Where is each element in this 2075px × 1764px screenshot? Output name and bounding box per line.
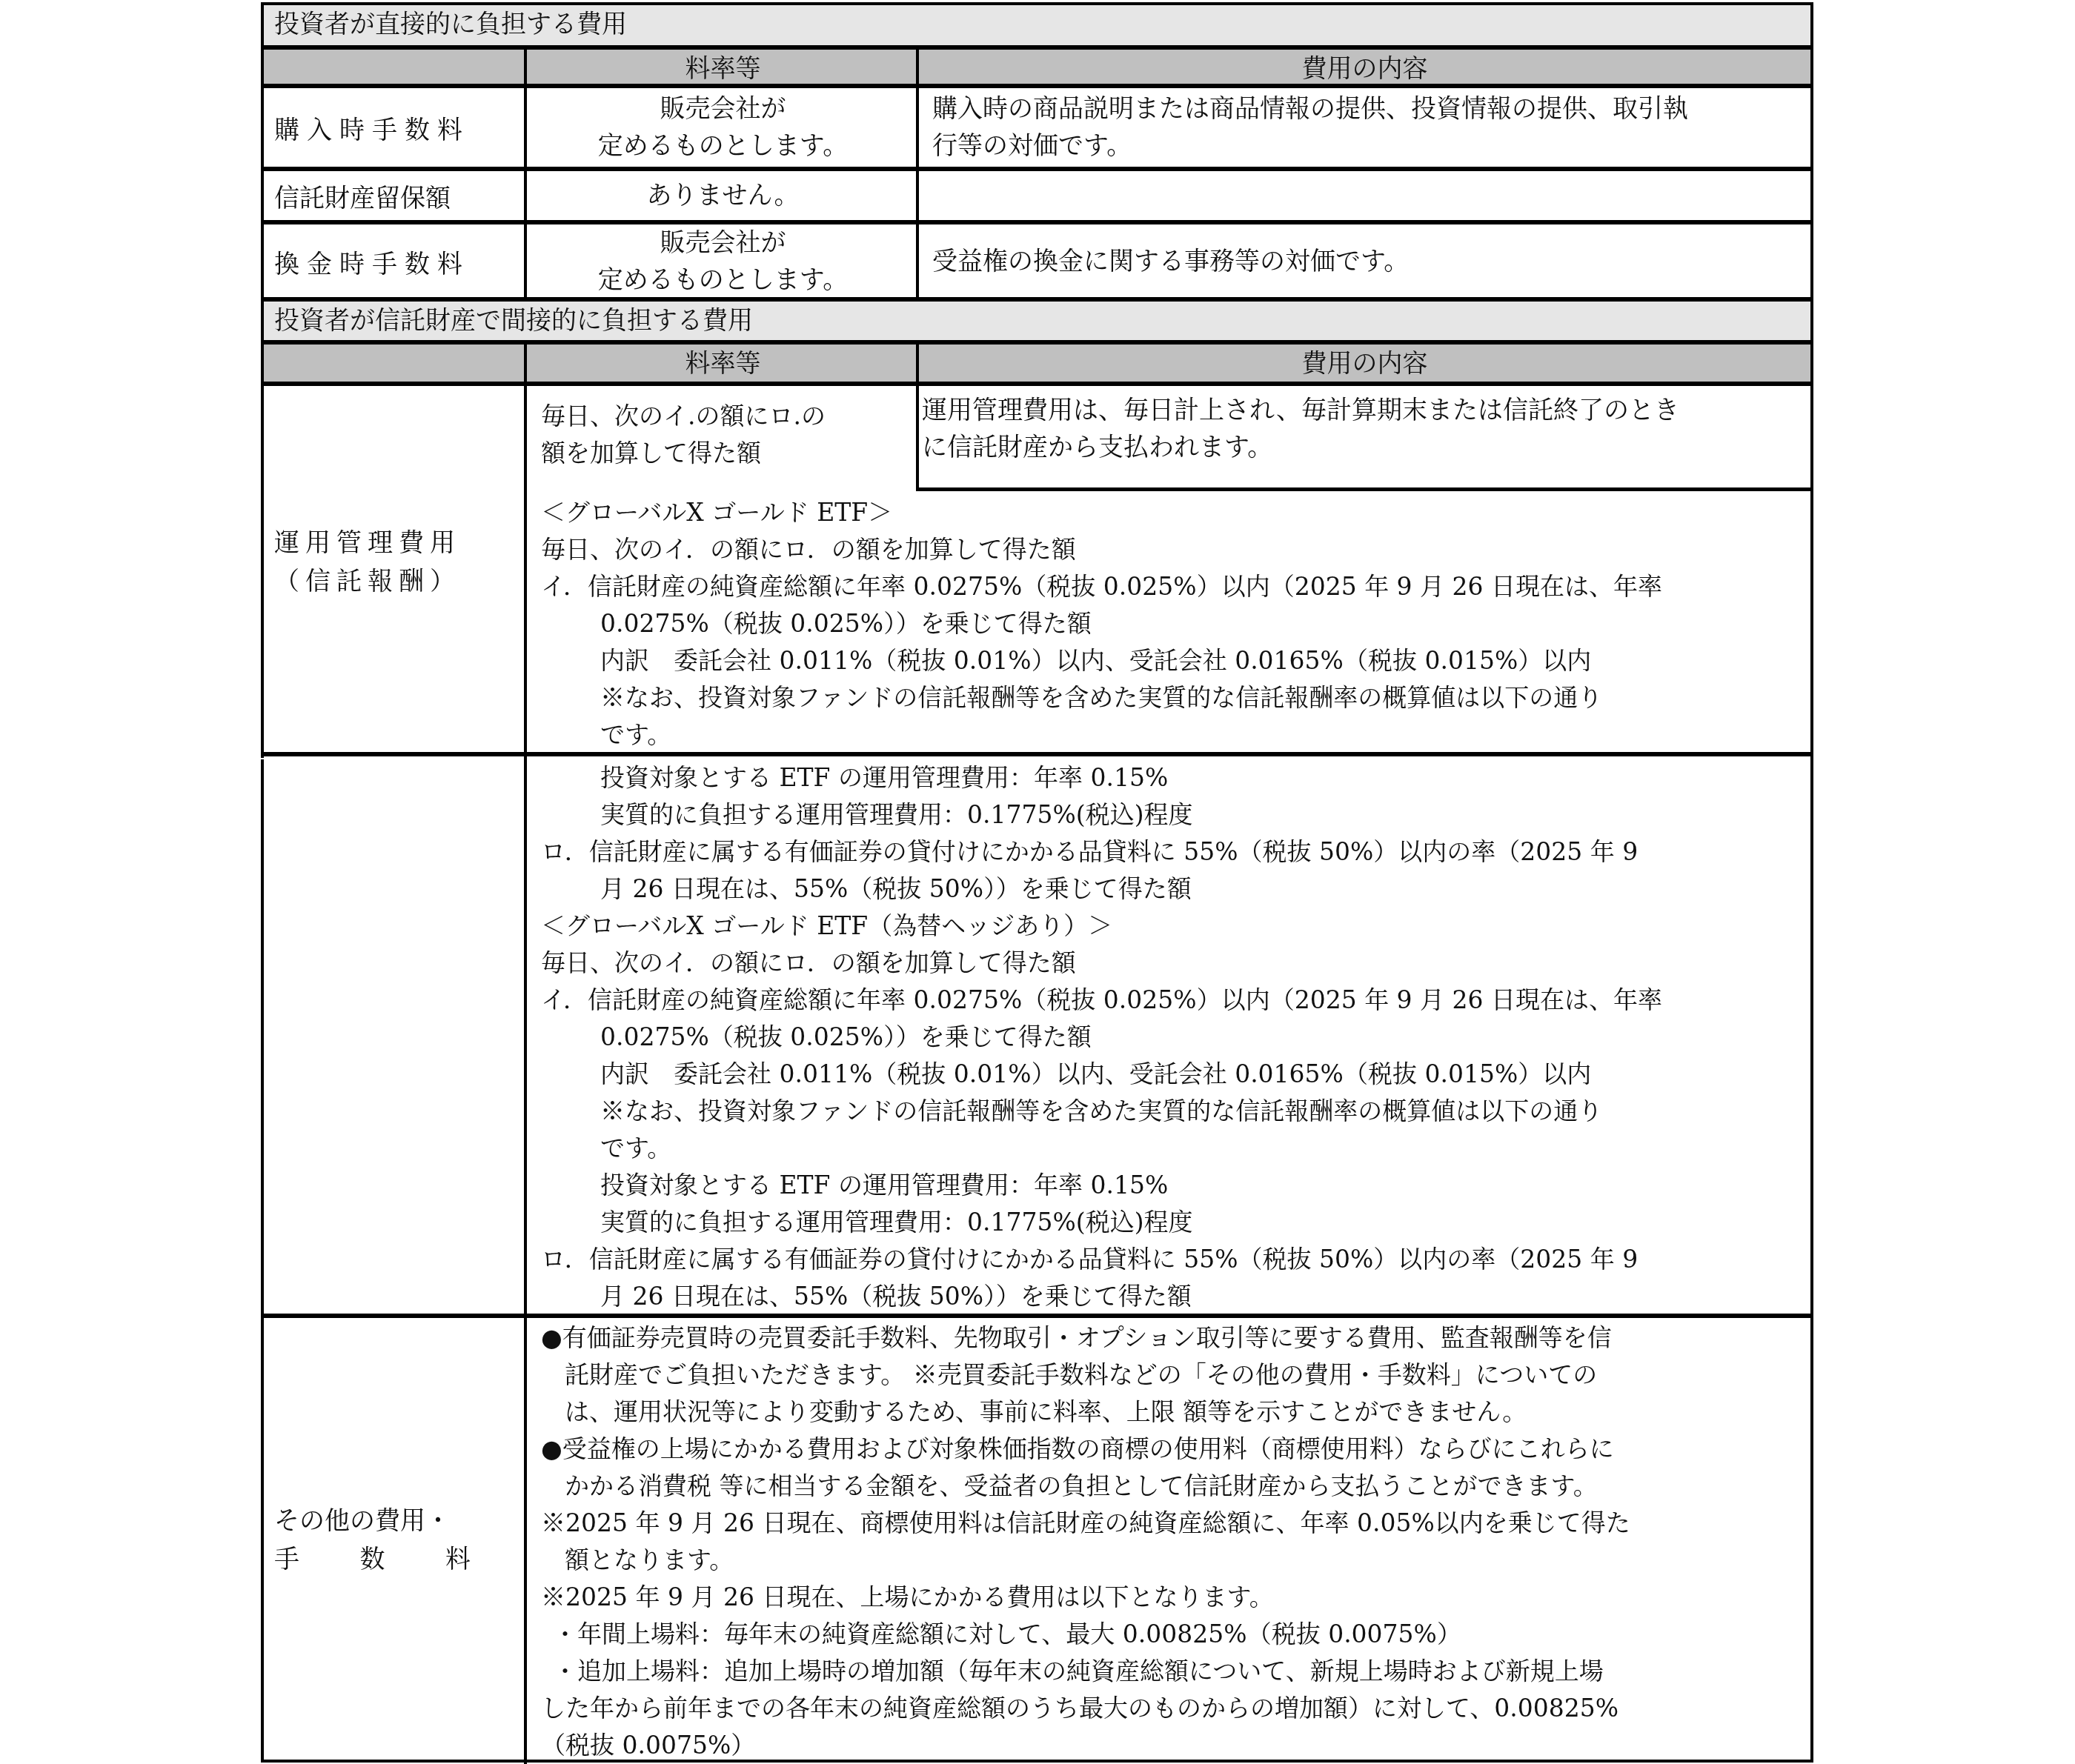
detail-line: ＜グローバルX ゴールド ETF＞ — [541, 494, 1801, 531]
other-fee-line: ・追加上場料：追加上場時の増加額（毎年末の純資産総額について、新規上場時および新… — [541, 1653, 1801, 1690]
management-fee-details-part1: ＜グローバルX ゴールド ETF＞ 毎日、次のイ．の額にロ．の額を加算して得た額… — [541, 494, 1801, 753]
other-fees-content: ●有価証券売買時の売買委託手数料、先物取引・オプション取引等に要する費用、監査報… — [541, 1319, 1801, 1764]
divider — [264, 1314, 1810, 1318]
column-divider — [524, 342, 527, 753]
management-fee-rate-line1: 毎日、次のイ.の額にロ.の — [541, 398, 912, 435]
other-fees-label-char: 手 — [274, 1540, 299, 1579]
detail-line: ※なお、投資対象ファンドの信託報酬等を含めた実質的な信託報酬率の概算値は以下の通… — [541, 679, 1801, 716]
other-fees-label-char: 数 — [360, 1540, 385, 1579]
other-fee-line: （税抜 0.0075%） — [541, 1727, 1801, 1764]
column-divider — [524, 756, 527, 1764]
column-header-content: 費用の内容 — [919, 50, 1810, 87]
other-fee-line: ・年間上場料：毎年末の純資産総額に対して、最大 0.00825%（税抜 0.00… — [541, 1616, 1801, 1653]
other-fee-line: ●有価証券売買時の売買委託手数料、先物取引・オプション取引等に要する費用、監査報… — [541, 1319, 1801, 1357]
row-label-purchase-fee: 購入時手数料 — [264, 88, 525, 167]
purchase-fee-content-line2: 行等の対価です。 — [932, 127, 1688, 164]
management-fee-label-line1: 運用管理費用 — [274, 524, 519, 562]
management-fee-rate-summary: 毎日、次のイ.の額にロ.の 額を加算して得た額 — [541, 398, 912, 472]
management-fee-content-line1: 運用管理費用は、毎日計上され、毎計算期末または信託終了のとき — [922, 392, 1810, 429]
column-header-rate: 料率等 — [527, 50, 919, 87]
section-header-direct-costs: 投資者が直接的に負担する費用 — [264, 5, 1810, 45]
detail-line: イ．信託財産の純資産総額に年率 0.0275%（税抜 0.025%）以内（202… — [541, 982, 1801, 1019]
management-fee-label-line2: （信託報酬） — [274, 562, 519, 601]
purchase-fee-content: 購入時の商品説明または商品情報の提供、投資情報の提供、取引執 行等の対価です。 — [919, 88, 1810, 167]
detail-line: です。 — [541, 1130, 1801, 1167]
detail-line: 0.0275%（税抜 0.025%））を乗じて得た額 — [541, 1019, 1801, 1056]
redemption-fee-rate-line1: 販売会社が — [527, 224, 919, 262]
trust-reserve-rate: ありません。 — [527, 171, 919, 220]
row-label-redemption-fee: 換金時手数料 — [264, 224, 525, 299]
column-header-rate-2: 料率等 — [527, 345, 919, 382]
column-divider — [524, 47, 527, 299]
purchase-fee-rate-line1: 販売会社が — [527, 90, 919, 127]
other-fee-line: は、運用状況等により変動するため、事前に料率、上限 額等を示すことができません。 — [541, 1394, 1801, 1431]
other-fees-label-line1: その他の費用・ — [274, 1502, 519, 1540]
other-fee-line: 託財産でご負担いただきます。 ※売買委託手数料などの「その他の費用・手数料」につ… — [541, 1357, 1801, 1394]
management-fee-rate-line2: 額を加算して得た額 — [541, 435, 912, 472]
detail-line: 月 26 日現在は、55%（税抜 50%））を乗じて得た額 — [541, 871, 1801, 908]
other-fees-label-char: 料 — [445, 1540, 471, 1579]
detail-line: です。 — [541, 716, 1801, 753]
redemption-fee-content: 受益権の換金に関する事務等の対価です。 — [919, 224, 1810, 299]
detail-line: 0.0275%（税抜 0.025%））を乗じて得た額 — [541, 605, 1801, 642]
trust-reserve-content — [919, 171, 1810, 220]
detail-line: 毎日、次のイ．の額にロ．の額を加算して得た額 — [541, 945, 1801, 982]
detail-line: ※なお、投資対象ファンドの信託報酬等を含めた実質的な信託報酬率の概算値は以下の通… — [541, 1093, 1801, 1130]
other-fee-line: かかる消費税 等に相当する金額を、受益者の負担として信託財産から支払うことができ… — [541, 1468, 1801, 1505]
purchase-fee-rate: 販売会社が 定めるものとします。 — [527, 88, 919, 167]
other-fee-line: ※2025 年 9 月 26 日現在、上場にかかる費用は以下となります。 — [541, 1579, 1801, 1616]
detail-line: 毎日、次のイ．の額にロ．の額を加算して得た額 — [541, 531, 1801, 568]
detail-line: ＜グローバルX ゴールド ETF（為替ヘッジあり）＞ — [541, 908, 1801, 945]
detail-line: 月 26 日現在は、55%（税抜 50%））を乗じて得た額 — [541, 1278, 1801, 1315]
row-label-trust-reserve: 信託財産留保額 — [264, 171, 525, 220]
redemption-fee-rate-line2: 定めるものとします。 — [527, 262, 919, 299]
other-fee-line: 額となります。 — [541, 1542, 1801, 1579]
management-fee-content-box: 運用管理費用は、毎日計上され、毎計算期末または信託終了のとき に信託財産から支払… — [916, 382, 1810, 491]
divider — [264, 752, 1810, 756]
management-fee-details-part2: 投資対象とする ETF の運用管理費用：年率 0.15% 実質的に負担する運用管… — [541, 759, 1801, 1315]
other-fee-line: した年から前年までの各年末の純資産総額のうち最大のものからの増加額）に対して、0… — [541, 1690, 1801, 1727]
detail-line: 内訳 委託会社 0.011%（税抜 0.01%）以内、受託会社 0.0165%（… — [541, 642, 1801, 679]
detail-line: ロ．信託財産に属する有価証券の貸付けにかかる品貸料に 55%（税抜 50%）以内… — [541, 1241, 1801, 1278]
purchase-fee-content-line1: 購入時の商品説明または商品情報の提供、投資情報の提供、取引執 — [932, 90, 1688, 127]
detail-line: ロ．信託財産に属する有価証券の貸付けにかかる品貸料に 55%（税抜 50%）以内… — [541, 833, 1801, 871]
fee-table: 投資者が直接的に負担する費用 料率等 費用の内容 購入時手数料 販売会社が 定め… — [261, 2, 1813, 1763]
detail-line: イ．信託財産の純資産総額に年率 0.0275%（税抜 0.025%）以内（202… — [541, 568, 1801, 605]
detail-line: 内訳 委託会社 0.011%（税抜 0.01%）以内、受託会社 0.0165%（… — [541, 1056, 1801, 1093]
detail-line: 実質的に負担する運用管理費用：0.1775%(税込)程度 — [541, 796, 1801, 833]
column-header-content-2: 費用の内容 — [919, 345, 1810, 382]
purchase-fee-rate-line2: 定めるものとします。 — [527, 127, 919, 164]
other-fee-line: ●受益権の上場にかかる費用および対象株価指数の商標の使用料（商標使用料）ならびに… — [541, 1431, 1801, 1468]
row-label-management-fee: 運用管理費用 （信託報酬） — [274, 524, 519, 601]
left-border — [261, 759, 264, 1317]
detail-line: 投資対象とする ETF の運用管理費用：年率 0.15% — [541, 759, 1801, 796]
management-fee-content-line2: に信託財産から支払われます。 — [922, 429, 1810, 466]
section-header-indirect-costs: 投資者が信託財産で間接的に負担する費用 — [264, 302, 1810, 340]
detail-line: 実質的に負担する運用管理費用：0.1775%(税込)程度 — [541, 1204, 1801, 1241]
detail-line: 投資対象とする ETF の運用管理費用：年率 0.15% — [541, 1167, 1801, 1204]
redemption-fee-rate: 販売会社が 定めるものとします。 — [527, 224, 919, 299]
column-divider — [916, 342, 919, 383]
column-divider — [916, 47, 919, 299]
row-label-other-fees: その他の費用・ 手 数 料 — [274, 1502, 519, 1579]
other-fee-line: ※2025 年 9 月 26 日現在、商標使用料は信託財産の純資産総額に、年率 … — [541, 1505, 1801, 1542]
